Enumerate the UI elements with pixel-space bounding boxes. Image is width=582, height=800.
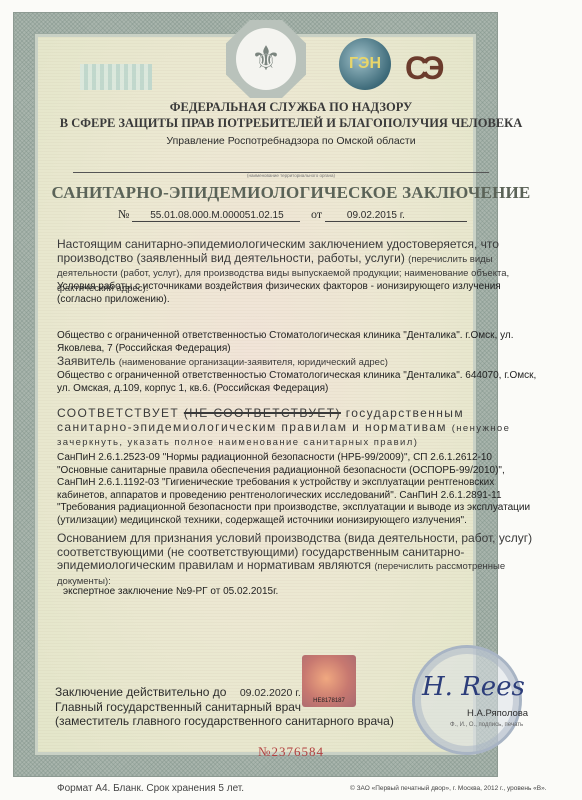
basis-statement: Основанием для признания условий произво…: [57, 532, 537, 588]
validity-row: Заключение действительно до 09.02.2020 г…: [55, 685, 301, 699]
complies-text: СООТВЕТСТВУЕТ: [57, 406, 179, 420]
signatory-title-line2: (заместитель главного государственного с…: [55, 714, 394, 728]
signature: Н. Rees: [422, 672, 525, 702]
applicant-label: Заявитель: [57, 354, 115, 368]
object-description: Общество с ограниченной ответственностью…: [57, 330, 537, 355]
compliance-statement: СООТВЕТСТВУЕТ (НЕ СООТВЕТСТВУЕТ) государ…: [57, 407, 537, 450]
agency-name-line1: ФЕДЕРАЛЬНАЯ СЛУЖБА ПО НАДЗОРУ: [0, 100, 582, 115]
document-date: 09.02.2015 г.: [325, 210, 467, 222]
signatory-title: Главный государственный санитарный врач …: [55, 700, 394, 728]
validity-date: 09.02.2020 г.: [240, 687, 301, 699]
applicant-label-row: Заявитель (наименование организации-заяв…: [57, 355, 537, 370]
signatory-caption: Ф., И., О., подпись, печать: [450, 722, 523, 728]
not-complies-text: (НЕ СООТВЕТСТВУЕТ): [184, 406, 341, 420]
double-headed-eagle-icon: ⚜: [236, 28, 296, 90]
se-logo: СЭ: [405, 50, 438, 87]
document-number: 55.01.08.000.М.000051.02.15: [132, 210, 300, 222]
format-note: Формат А4. Бланк. Срок хранения 5 лет.: [57, 783, 244, 794]
gsen-hologram-icon: ГЭН: [339, 38, 391, 90]
validity-label: Заключение действительно до: [55, 685, 226, 699]
activity-description: Условия работы с источниками воздействия…: [57, 281, 537, 306]
document-number-row: № 55.01.08.000.М.000051.02.15 от 09.02.2…: [118, 207, 467, 222]
printer-note: © ЗАО «Первый печатный двор», г. Москва,…: [350, 785, 547, 792]
number-label: №: [118, 207, 129, 221]
document-title: САНИТАРНО-ЭПИДЕМИОЛОГИЧЕСКОЕ ЗАКЛЮЧЕНИЕ: [0, 183, 582, 203]
hologram-strip-icon: [80, 64, 152, 90]
signatory-title-line1: Главный государственный санитарный врач: [55, 700, 394, 714]
territorial-body: Управление Роспотребнадзора по Омской об…: [0, 135, 582, 147]
date-label: от: [311, 207, 322, 221]
sanitary-rules: СанПиН 2.6.1.2523-09 "Нормы радиационной…: [57, 452, 537, 527]
territorial-body-caption: (наименование территориального органа): [0, 173, 582, 178]
form-serial-number: №2376584: [0, 744, 582, 760]
signatory-name: Н.А.Ряполова: [467, 708, 528, 719]
applicant-hint: (наименование организации-заявителя, юри…: [119, 357, 388, 368]
agency-name-line2: В СФЕРЕ ЗАЩИТЫ ПРАВ ПОТРЕБИТЕЛЕЙ И БЛАГО…: [0, 116, 582, 131]
basis-documents: экспертное заключение №9-РГ от 05.02.201…: [63, 586, 543, 599]
applicant-description: Общество с ограниченной ответственностью…: [57, 370, 537, 395]
